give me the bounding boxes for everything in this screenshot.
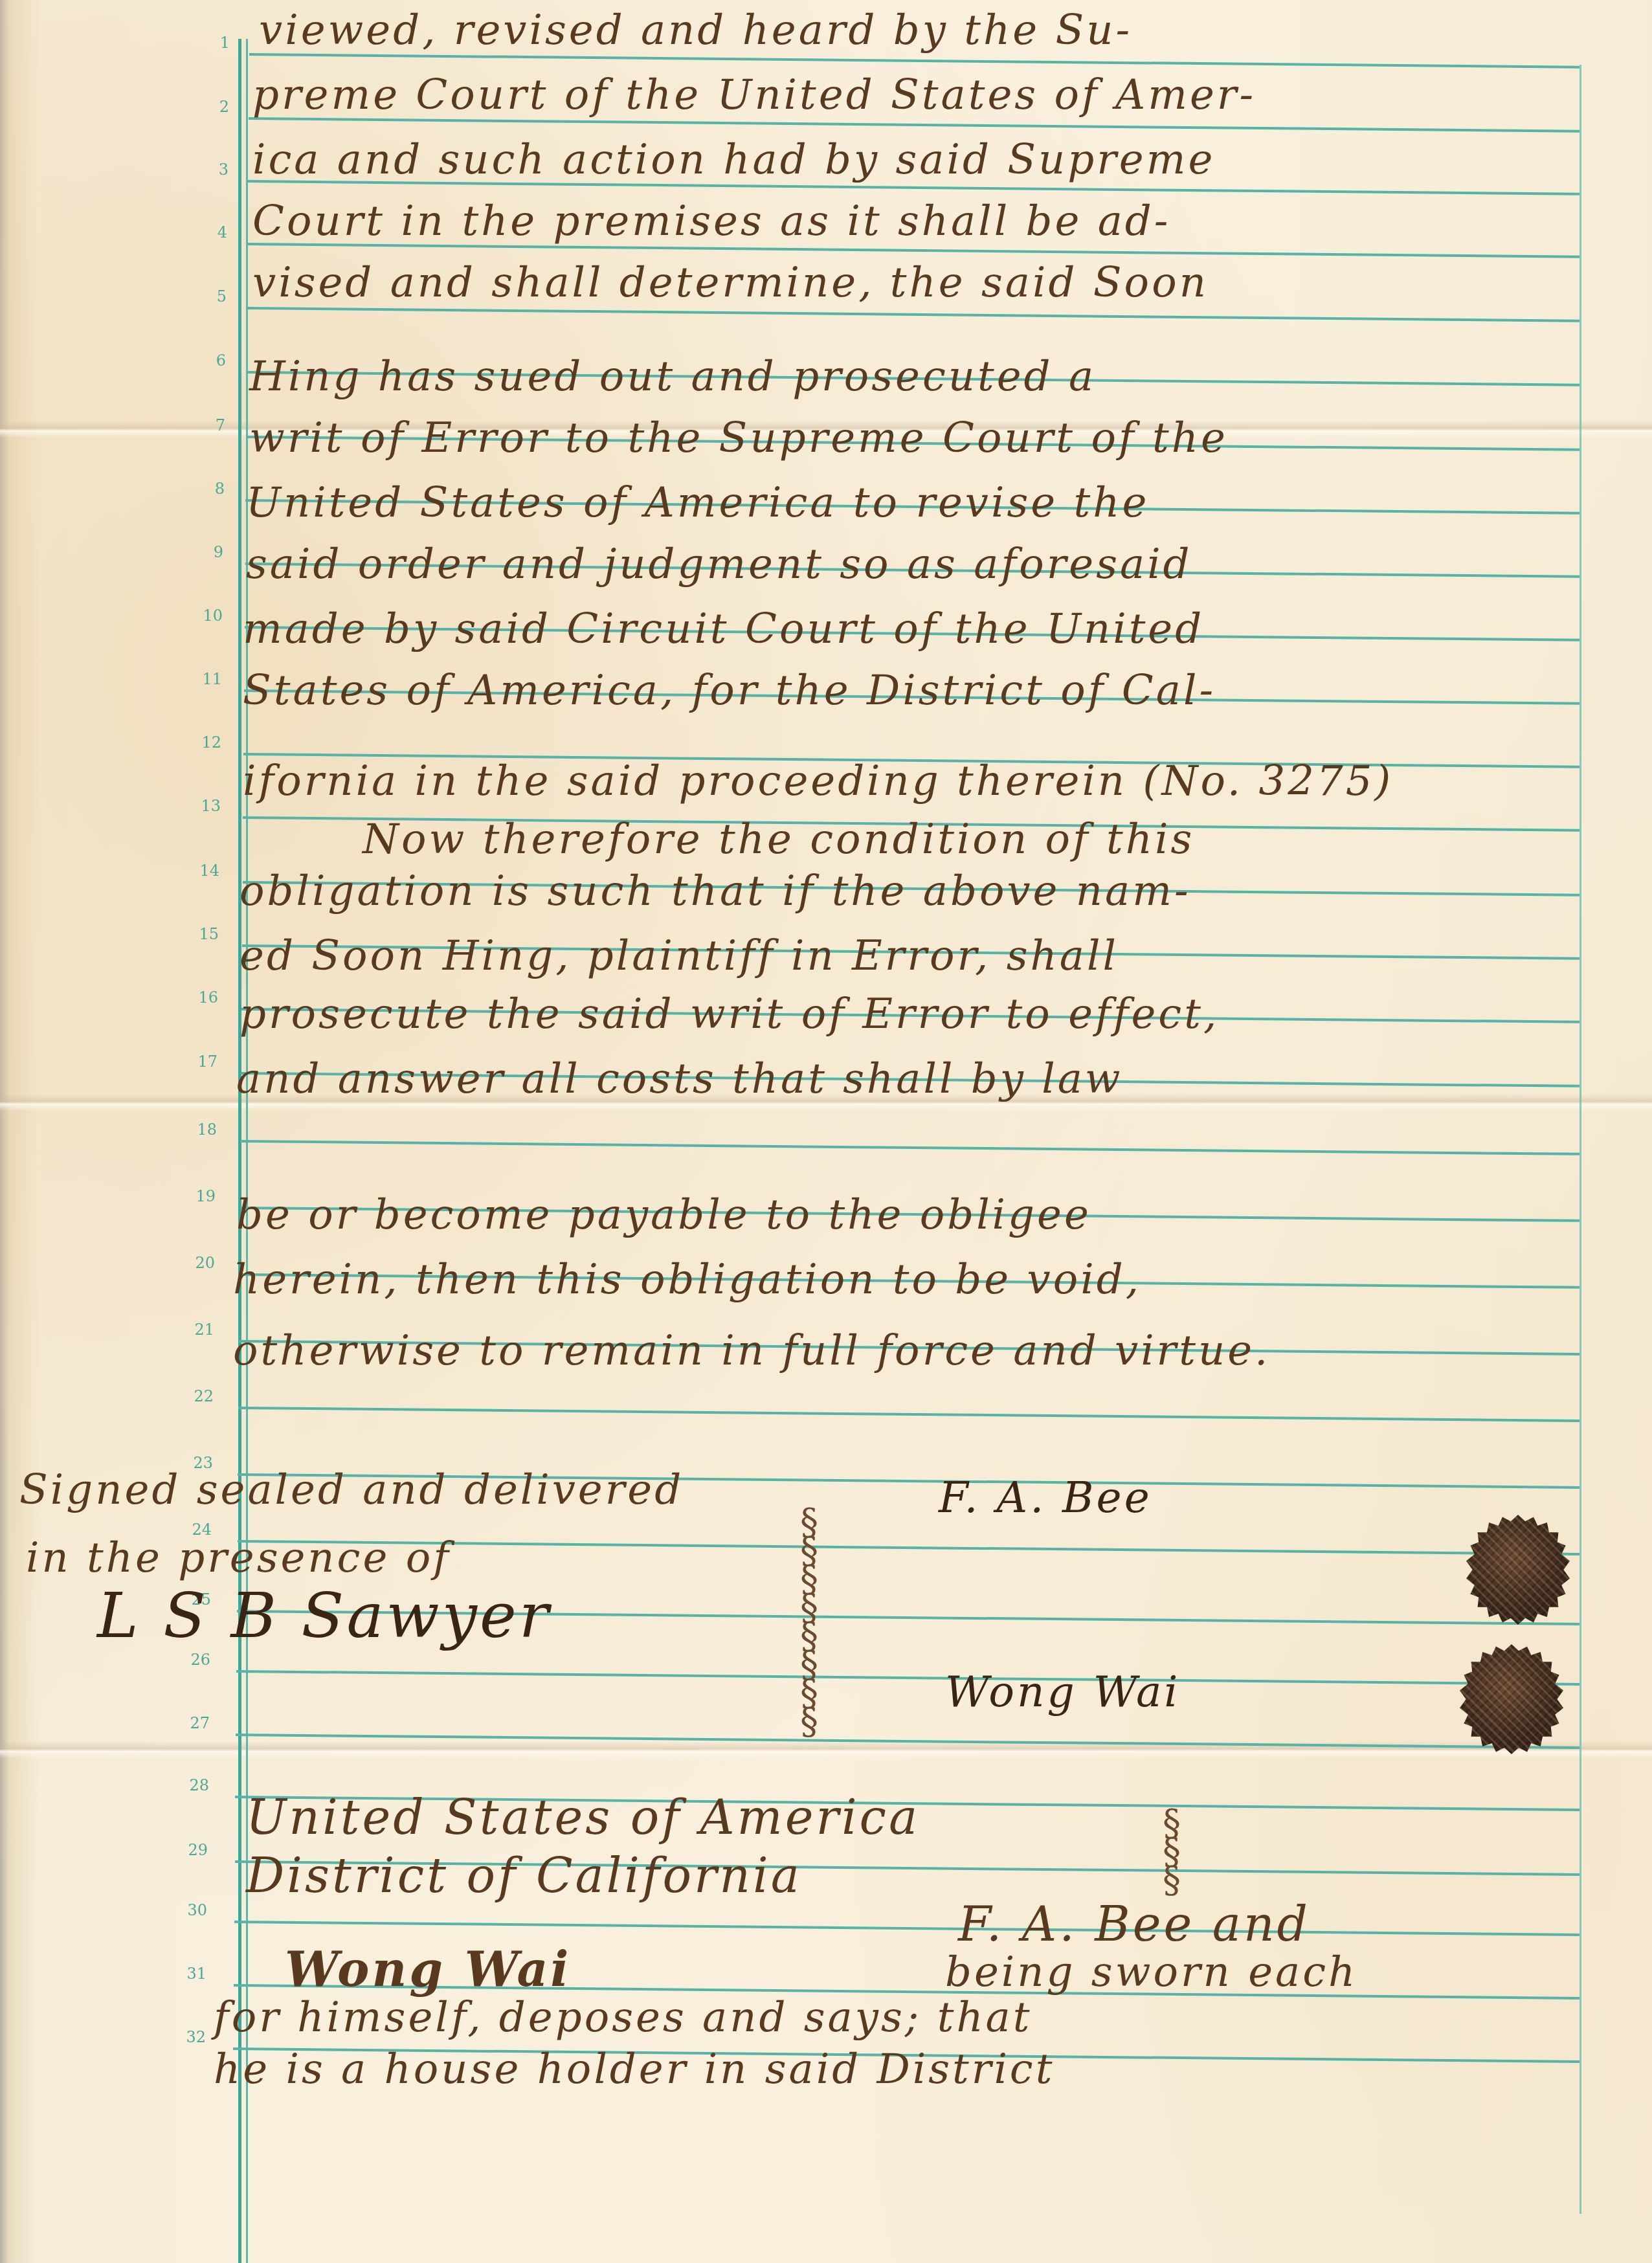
line-number: 21 bbox=[188, 1321, 214, 1339]
line-number: 27 bbox=[184, 1714, 210, 1732]
line-number: 19 bbox=[190, 1187, 216, 1205]
signature-fa-bee: F. A. Bee bbox=[939, 1473, 1152, 1522]
body-line-17: and answer all costs that shall by law bbox=[236, 1055, 1123, 1103]
line-number: 26 bbox=[184, 1651, 210, 1669]
wax-seal-icon bbox=[1460, 1644, 1563, 1754]
line-number: 22 bbox=[188, 1387, 214, 1405]
scroll-brace-decoration: §§§§§§§§ bbox=[796, 1508, 822, 1736]
line-number: 12 bbox=[195, 733, 221, 752]
line-number: 30 bbox=[181, 1901, 207, 1919]
line-number: 13 bbox=[195, 797, 221, 815]
line-number: 2 bbox=[203, 98, 229, 116]
venue-line-2: District of California bbox=[246, 1848, 802, 1904]
line-number: 20 bbox=[189, 1254, 215, 1272]
body-line-9: said order and judgment so as aforesaid bbox=[246, 541, 1192, 588]
affidavit-line-30: being sworn each bbox=[945, 1948, 1357, 1996]
body-line-2: preme Court of the United States of Amer… bbox=[252, 71, 1256, 119]
line-number: 1 bbox=[204, 34, 230, 52]
body-line-13: Now therefore the condition of this bbox=[363, 816, 1194, 864]
line-number: 17 bbox=[192, 1053, 218, 1071]
left-margin-rule bbox=[238, 39, 241, 2263]
attestation-line-1: Signed sealed and delivered bbox=[19, 1466, 684, 1514]
affiant-wong-wai: Wong Wai bbox=[285, 1942, 571, 1998]
line-number: 7 bbox=[199, 416, 225, 434]
body-line-1: viewed, revised and heard by the Su- bbox=[259, 6, 1132, 54]
affidavit-line-32: he is a house holder in said District bbox=[214, 2046, 1055, 2093]
body-line-14: obligation is such that if the above nam… bbox=[240, 867, 1191, 915]
ruled-line bbox=[234, 1921, 1579, 1936]
line-number: 6 bbox=[200, 351, 226, 370]
body-line-20: otherwise to remain in full force and vi… bbox=[233, 1327, 1270, 1375]
line-number: 16 bbox=[192, 988, 218, 1007]
body-line-6: Hing has sued out and prosecuted a bbox=[249, 353, 1096, 401]
line-number: 9 bbox=[197, 543, 223, 561]
ruled-line bbox=[236, 1670, 1579, 1686]
body-line-4: Court in the premises as it shall be ad- bbox=[252, 197, 1170, 245]
affidavit-line-31: for himself, deposes and says; that bbox=[214, 1994, 1032, 2042]
line-number: 28 bbox=[183, 1776, 209, 1794]
ruled-line bbox=[249, 117, 1579, 133]
document-page: 1234567891011121314151617181920212223242… bbox=[0, 0, 1652, 2263]
line-number: 15 bbox=[193, 925, 219, 943]
wax-seal-icon bbox=[1466, 1515, 1570, 1625]
body-line-5: vised and shall determine, the said Soon bbox=[252, 259, 1209, 307]
venue-brace-decoration: §§§ bbox=[1159, 1809, 1185, 1895]
body-line-3: ica and such action had by said Supreme bbox=[252, 136, 1215, 184]
body-line-7: writ of Error to the Supreme Court of th… bbox=[249, 414, 1228, 462]
line-number: 10 bbox=[197, 607, 223, 625]
line-number: 18 bbox=[191, 1120, 217, 1139]
body-line-12: ifornia in the said proceeding therein (… bbox=[243, 757, 1393, 805]
body-line-11: States of America, for the District of C… bbox=[243, 667, 1216, 715]
body-line-18: be or become payable to the obligee bbox=[236, 1191, 1091, 1239]
ruled-line bbox=[249, 53, 1579, 69]
line-number: 3 bbox=[203, 161, 229, 179]
body-line-19: herein, then this obligation to be void, bbox=[233, 1256, 1141, 1304]
line-number: 14 bbox=[194, 862, 219, 880]
line-number: 8 bbox=[199, 480, 225, 498]
body-line-8: United States of America to revise the bbox=[246, 479, 1149, 527]
line-number: 11 bbox=[196, 670, 222, 688]
witness-signature: L S B Sawyer bbox=[97, 1579, 552, 1652]
line-number: 31 bbox=[181, 1965, 206, 1983]
line-number: 5 bbox=[201, 287, 227, 306]
body-line-16: prosecute the said writ of Error to effe… bbox=[240, 990, 1219, 1038]
ruled-line bbox=[238, 1407, 1579, 1422]
affiant-fa-bee: F. A. Bee and bbox=[958, 1897, 1310, 1952]
line-number: 32 bbox=[180, 2028, 206, 2046]
right-margin-rule bbox=[1579, 65, 1581, 2214]
line-number: 4 bbox=[201, 223, 227, 241]
signature-wong-wai: Wong Wai bbox=[945, 1667, 1180, 1717]
body-line-10: made by said Circuit Court of the United bbox=[243, 605, 1204, 653]
body-line-15: ed Soon Hing, plaintiff in Error, shall bbox=[240, 932, 1119, 980]
ruled-line bbox=[247, 307, 1579, 322]
attestation-line-2: in the presence of bbox=[26, 1534, 451, 1582]
line-number: 29 bbox=[182, 1841, 208, 1859]
venue-line-1: United States of America bbox=[246, 1790, 920, 1845]
ruled-line bbox=[240, 1140, 1579, 1155]
